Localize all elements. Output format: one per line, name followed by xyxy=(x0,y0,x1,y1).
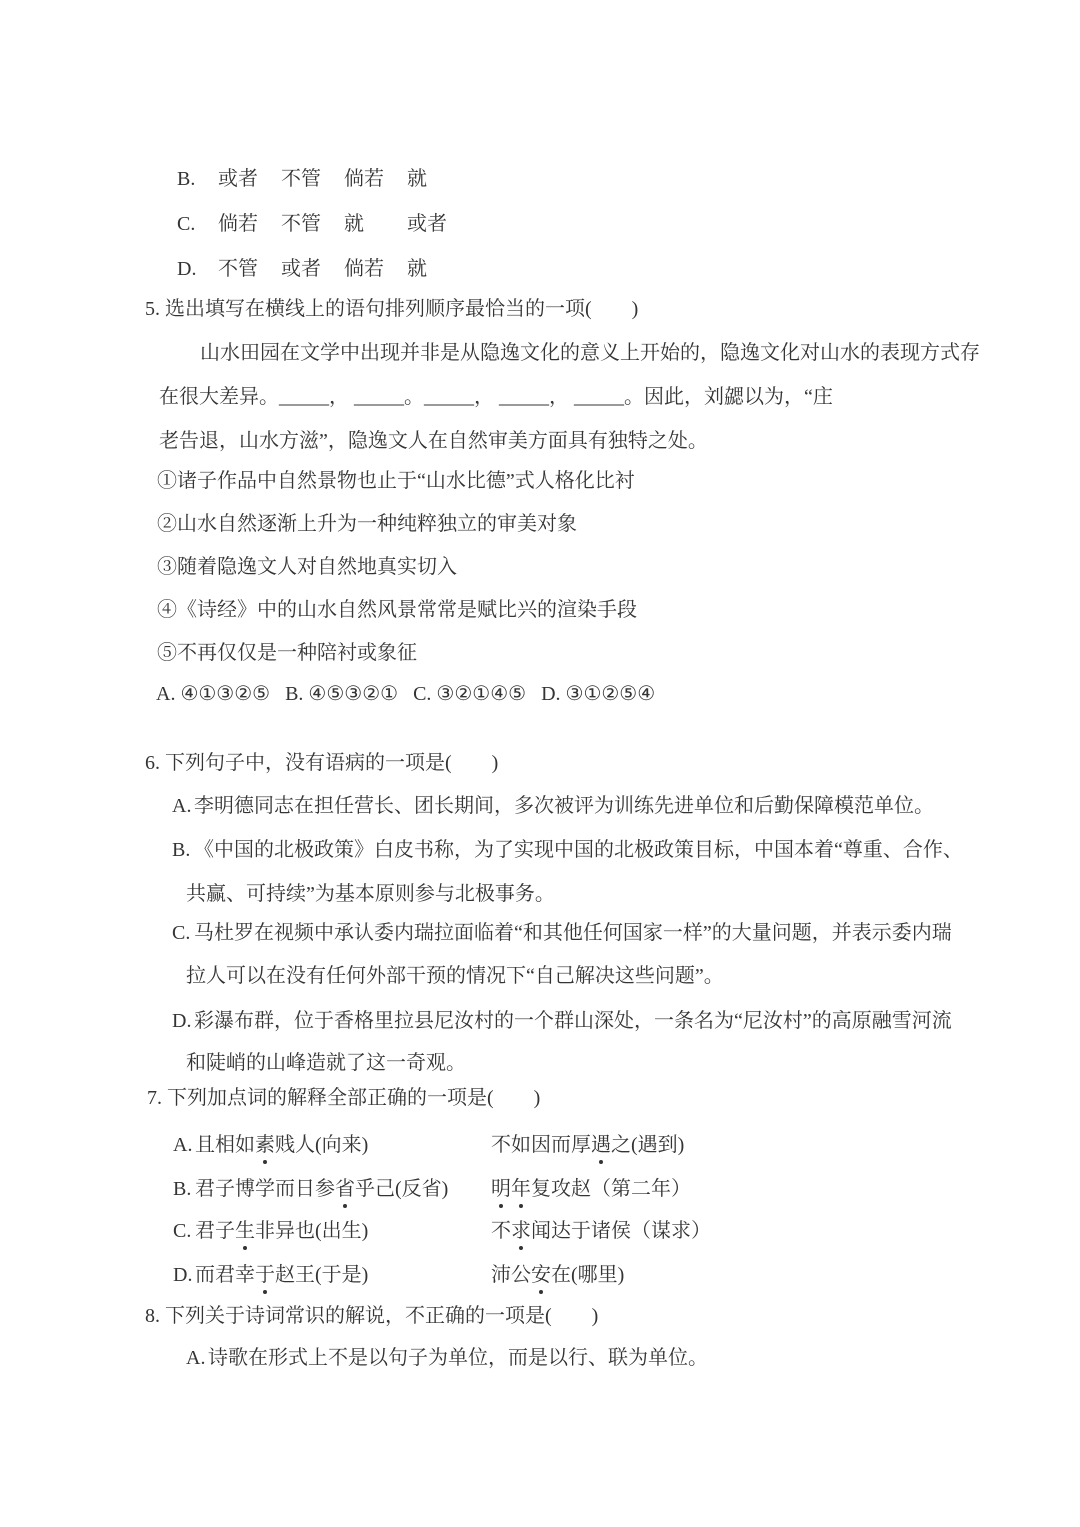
q4-option-row-d: D.不管或者倘若就 xyxy=(177,256,427,282)
q6-option-d-text: 彩瀑布群，位于香格里拉县尼汝村的一个群山深处，一条名为“尼汝村”的高原融雪河流 xyxy=(194,1008,952,1034)
q5-item-4: ④《诗经》中的山水自然风景常常是赋比兴的渲染手段 xyxy=(157,597,637,623)
q4-option-c-word-1: 倘若 xyxy=(218,211,281,237)
q7-option-c-right: 不求闻达于诸侯（谋求） xyxy=(491,1218,711,1244)
q6-option-c-text: 马杜罗在视频中承认委内瑞拉面临着“和其他任何国家一样”的大量问题，并表示委内瑞 xyxy=(194,920,952,946)
q5-item-3: ③随着隐逸文人对自然地真实切入 xyxy=(157,554,457,580)
q5-choices-line: A. ④①③②⑤ B. ④⑤③②① C. ③②①④⑤ D. ③①②⑤④ xyxy=(156,681,655,707)
q8-stem-row: 8.下列关于诗词常识的解说，不正确的一项是( ) xyxy=(145,1303,598,1329)
q7-option-b-label: B. xyxy=(173,1176,195,1202)
q7-row-b: B.君子博学而日参省乎己(反省)明年复攻赵（第二年） xyxy=(173,1176,691,1202)
q6-option-a: A.李明德同志在担任营长、团长期间，多次被评为训练先进单位和后勤保障模范单位。 xyxy=(172,793,934,819)
q7-option-a-right: 不如因而厚遇之(遇到) xyxy=(491,1132,684,1158)
q6-stem: 下列句子中，没有语病的一项是( ) xyxy=(165,750,498,776)
q7-option-b-left: 君子博学而日参省乎己(反省) xyxy=(195,1176,491,1202)
q8-option-a-text: 诗歌在形式上不是以句子为单位，而是以行、联为单位。 xyxy=(208,1345,708,1371)
q4-option-d-word-4: 就 xyxy=(407,256,427,282)
q5-stem-row: 5.选出填写在横线上的语句排列顺序最恰当的一项( ) xyxy=(145,296,638,322)
q6-option-a-text: 李明德同志在担任营长、团长期间，多次被评为训练先进单位和后勤保障模范单位。 xyxy=(194,793,934,819)
q7-option-c-left: 君子生非异也(出生) xyxy=(195,1218,491,1244)
q7-stem-row: 7.下列加点词的解释全部正确的一项是( ) xyxy=(147,1085,540,1111)
q4-option-row-c: C.倘若不管就或者 xyxy=(177,211,447,237)
q6-option-d-label: D. xyxy=(172,1008,194,1034)
q4-option-b-word-4: 就 xyxy=(407,166,427,192)
exam-page: B.或者不管倘若就 C.倘若不管就或者 D.不管或者倘若就 5.选出填写在横线上… xyxy=(0,0,1080,1527)
q7-option-b-right: 明年复攻赵（第二年） xyxy=(491,1176,691,1202)
q4-option-b-label: B. xyxy=(177,166,218,192)
q6-option-c-label: C. xyxy=(172,920,194,946)
q7-number: 7. xyxy=(147,1085,167,1111)
q7-option-d-right: 沛公安在(哪里) xyxy=(491,1262,624,1288)
q6-stem-row: 6.下列句子中，没有语病的一项是( ) xyxy=(145,750,498,776)
q7-stem: 下列加点词的解释全部正确的一项是( ) xyxy=(167,1085,540,1111)
q7-option-c-label: C. xyxy=(173,1218,195,1244)
q8-option-a: A.诗歌在形式上不是以句子为单位，而是以行、联为单位。 xyxy=(186,1345,708,1371)
q8-option-a-label: A. xyxy=(186,1345,208,1371)
q4-option-c-word-2: 不管 xyxy=(281,211,344,237)
q6-option-b-label: B. xyxy=(172,837,194,863)
q4-option-c-word-4: 或者 xyxy=(407,211,447,237)
q6-option-c: C.马杜罗在视频中承认委内瑞拉面临着“和其他任何国家一样”的大量问题，并表示委内… xyxy=(172,920,952,946)
q5-paragraph-line-3: 老告退，山水方滋”，隐逸文人在自然审美方面具有独特之处。 xyxy=(159,428,708,454)
q7-option-a-left: 且相如素贱人(向来) xyxy=(195,1132,491,1158)
q8-number: 8. xyxy=(145,1303,165,1329)
q6-option-b: B.《中国的北极政策》白皮书称，为了实现中国的北极政策目标，中国本着“尊重、合作… xyxy=(172,837,963,863)
q4-option-b-word-3: 倘若 xyxy=(344,166,407,192)
q4-option-d-word-1: 不管 xyxy=(218,256,281,282)
q6-option-b-continuation: 共赢、可持续”为基本原则参与北极事务。 xyxy=(186,881,555,907)
q4-option-row-b: B.或者不管倘若就 xyxy=(177,166,427,192)
q6-option-d-continuation: 和陡峭的山峰造就了这一奇观。 xyxy=(186,1050,466,1076)
q4-option-b-word-1: 或者 xyxy=(218,166,281,192)
q6-number: 6. xyxy=(145,750,165,776)
q7-row-c: C.君子生非异也(出生)不求闻达于诸侯（谋求） xyxy=(173,1218,711,1244)
q5-stem: 选出填写在横线上的语句排列顺序最恰当的一项( ) xyxy=(165,296,638,322)
q4-option-d-word-3: 倘若 xyxy=(344,256,407,282)
q5-paragraph-line-1: 山水田园在文学中出现并非是从隐逸文化的意义上开始的，隐逸文化对山水的表现方式存 xyxy=(200,340,980,366)
q6-option-b-text: 《中国的北极政策》白皮书称，为了实现中国的北极政策目标，中国本着“尊重、合作、 xyxy=(194,837,963,863)
q4-option-c-label: C. xyxy=(177,211,218,237)
q5-item-1: ①诸子作品中自然景物也止于“山水比德”式人格化比衬 xyxy=(157,468,635,494)
q5-item-2: ②山水自然逐渐上升为一种纯粹独立的审美对象 xyxy=(157,511,577,537)
q5-paragraph-line-2: 在很大差异。_____， _____。_____， _____， _____。因… xyxy=(159,384,833,410)
q5-number: 5. xyxy=(145,296,165,322)
q6-option-c-continuation: 拉人可以在没有任何外部干预的情况下“自己解决这些问题”。 xyxy=(186,963,724,989)
q7-option-d-left: 而君幸于赵王(于是) xyxy=(195,1262,491,1288)
q4-option-b-word-2: 不管 xyxy=(281,166,344,192)
q6-option-d: D.彩瀑布群，位于香格里拉县尼汝村的一个群山深处，一条名为“尼汝村”的高原融雪河… xyxy=(172,1008,952,1034)
q8-stem: 下列关于诗词常识的解说，不正确的一项是( ) xyxy=(165,1303,598,1329)
q5-item-5: ⑤不再仅仅是一种陪衬或象征 xyxy=(157,640,417,666)
q6-option-a-label: A. xyxy=(172,793,194,819)
q4-option-d-word-2: 或者 xyxy=(281,256,344,282)
q7-row-a: A.且相如素贱人(向来)不如因而厚遇之(遇到) xyxy=(173,1132,684,1158)
q7-option-d-label: D. xyxy=(173,1262,195,1288)
q4-option-c-word-3: 就 xyxy=(344,211,407,237)
q7-option-a-label: A. xyxy=(173,1132,195,1158)
q4-option-d-label: D. xyxy=(177,256,218,282)
q7-row-d: D.而君幸于赵王(于是)沛公安在(哪里) xyxy=(173,1262,624,1288)
